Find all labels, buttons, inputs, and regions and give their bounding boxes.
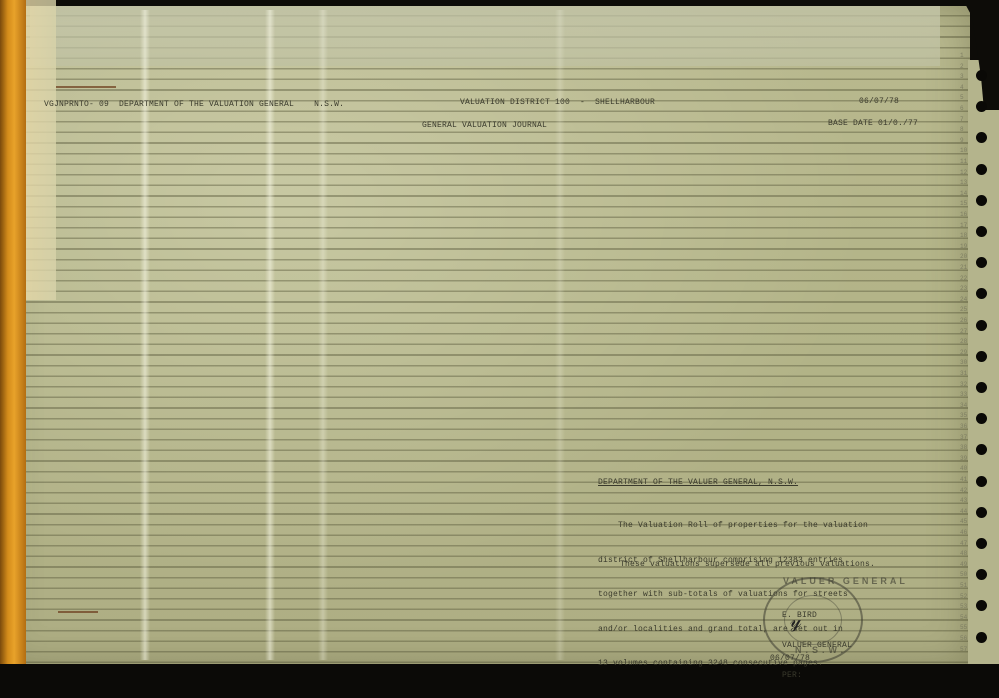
- margin-line-number: 43: [960, 497, 967, 504]
- margin-line-number: 30: [960, 359, 967, 366]
- margin-line-number: 52: [960, 593, 967, 600]
- margin-line-number: 39: [960, 455, 967, 462]
- margin-line-number: 48: [960, 550, 967, 557]
- margin-line-number: 36: [960, 423, 967, 430]
- tractor-feed-hole-icon: [976, 507, 987, 518]
- rust-mark: [58, 611, 98, 613]
- signatory-title: VALUER GENERAL: [782, 641, 852, 651]
- tractor-feed-hole-icon: [976, 70, 987, 81]
- signature-block: E. BIRD VALUER GENERAL PER:: [782, 591, 852, 691]
- margin-line-number: 4: [960, 84, 964, 91]
- seal-top-text: VALUER GENERAL: [783, 576, 908, 586]
- signature-per: PER:: [782, 671, 852, 681]
- margin-line-number: 19: [960, 243, 967, 250]
- tractor-feed-hole-icon: [976, 351, 987, 362]
- margin-line-number: 6: [960, 105, 964, 112]
- margin-line-number: 56: [960, 635, 967, 642]
- tractor-feed-hole-icon: [976, 195, 987, 206]
- program-code: VGJNPRNTO- 09: [44, 100, 109, 109]
- margin-line-number: 31: [960, 370, 967, 377]
- margin-line-number: 27: [960, 328, 967, 335]
- margin-line-number: 23: [960, 285, 967, 292]
- margin-line-number: 18: [960, 232, 967, 239]
- margin-line-number: 12: [960, 169, 967, 176]
- margin-line-number: 55: [960, 624, 967, 631]
- tractor-feed-hole-icon: [976, 320, 987, 331]
- notice-footer: These valuations supersede all previous …: [620, 560, 875, 569]
- tractor-feed-hole-icon: [976, 382, 987, 393]
- state-label: N.S.W.: [314, 100, 344, 109]
- margin-line-number: 3: [960, 73, 964, 80]
- margin-line-number: 51: [960, 582, 967, 589]
- margin-line-number: 5: [960, 94, 964, 101]
- margin-line-number: 8: [960, 126, 964, 133]
- tape-streak: [555, 10, 565, 660]
- tractor-feed-hole-icon: [976, 164, 987, 175]
- margin-line-number: 1: [960, 52, 964, 59]
- margin-line-number: 50: [960, 571, 967, 578]
- margin-line-number: 28: [960, 338, 967, 345]
- margin-line-number: 7: [960, 116, 964, 123]
- margin-line-number: 46: [960, 529, 967, 536]
- notice-title: DEPARTMENT OF THE VALUER GENERAL, N.S.W.: [598, 478, 798, 487]
- margin-line-number: 13: [960, 179, 967, 186]
- margin-line-number: 16: [960, 211, 967, 218]
- margin-line-number: 49: [960, 561, 967, 568]
- margin-line-number: 34: [960, 402, 967, 409]
- margin-line-number: 38: [960, 444, 967, 451]
- tractor-feed-hole-icon: [976, 632, 987, 643]
- tractor-feed-hole-icon: [976, 476, 987, 487]
- margin-line-number: 26: [960, 317, 967, 324]
- margin-line-number: 45: [960, 518, 967, 525]
- margin-line-number: 20: [960, 253, 967, 260]
- tractor-feed-hole-icon: [976, 226, 987, 237]
- margin-line-number: 14: [960, 190, 967, 197]
- margin-line-number: 24: [960, 296, 967, 303]
- district-title: VALUATION DISTRICT 100 - SHELLHARBOUR: [460, 98, 655, 107]
- print-date: 06/07/78: [859, 97, 899, 106]
- margin-line-number: 35: [960, 412, 967, 419]
- margin-line-number: 2: [960, 63, 964, 70]
- department-name: DEPARTMENT OF THE VALUATION GENERAL: [119, 100, 294, 109]
- margin-line-number: 10: [960, 147, 967, 154]
- tractor-feed-hole-icon: [976, 538, 987, 549]
- base-date: BASE DATE 01/0./77: [828, 119, 918, 128]
- tape-edge-left: [0, 0, 26, 670]
- margin-line-number: 33: [960, 391, 967, 398]
- margin-line-number: 47: [960, 540, 967, 547]
- margin-line-number: 21: [960, 264, 967, 271]
- margin-line-number: 11: [960, 158, 967, 165]
- journal-title: GENERAL VALUATION JOURNAL: [422, 121, 547, 130]
- margin-line-number: 44: [960, 508, 967, 515]
- signature-date: 06/07/78: [770, 654, 810, 663]
- margin-line-number: 53: [960, 603, 967, 610]
- notice-line: The Valuation Roll of properties for the…: [598, 520, 868, 532]
- margin-line-number: 9: [960, 137, 964, 144]
- tape-edge-overlap: [26, 0, 56, 300]
- rust-mark: [56, 86, 116, 88]
- margin-line-number: 32: [960, 381, 967, 388]
- margin-line-number: 15: [960, 200, 967, 207]
- handwritten-signature-mark: 𝓎: [790, 608, 802, 632]
- margin-line-number: 40: [960, 465, 967, 472]
- margin-line-number: 41: [960, 476, 967, 483]
- margin-line-number: 57: [960, 646, 967, 653]
- margin-line-number: 22: [960, 275, 967, 282]
- margin-line-number: 25: [960, 306, 967, 313]
- margin-line-number: 17: [960, 222, 967, 229]
- margin-line-number: 37: [960, 434, 967, 441]
- paper-top-strip: [30, 6, 940, 66]
- margin-line-number: 54: [960, 614, 967, 621]
- margin-line-number: 29: [960, 349, 967, 356]
- margin-line-number: 42: [960, 487, 967, 494]
- header-program-department: VGJNPRNTO- 09 DEPARTMENT OF THE VALUATIO…: [44, 100, 344, 109]
